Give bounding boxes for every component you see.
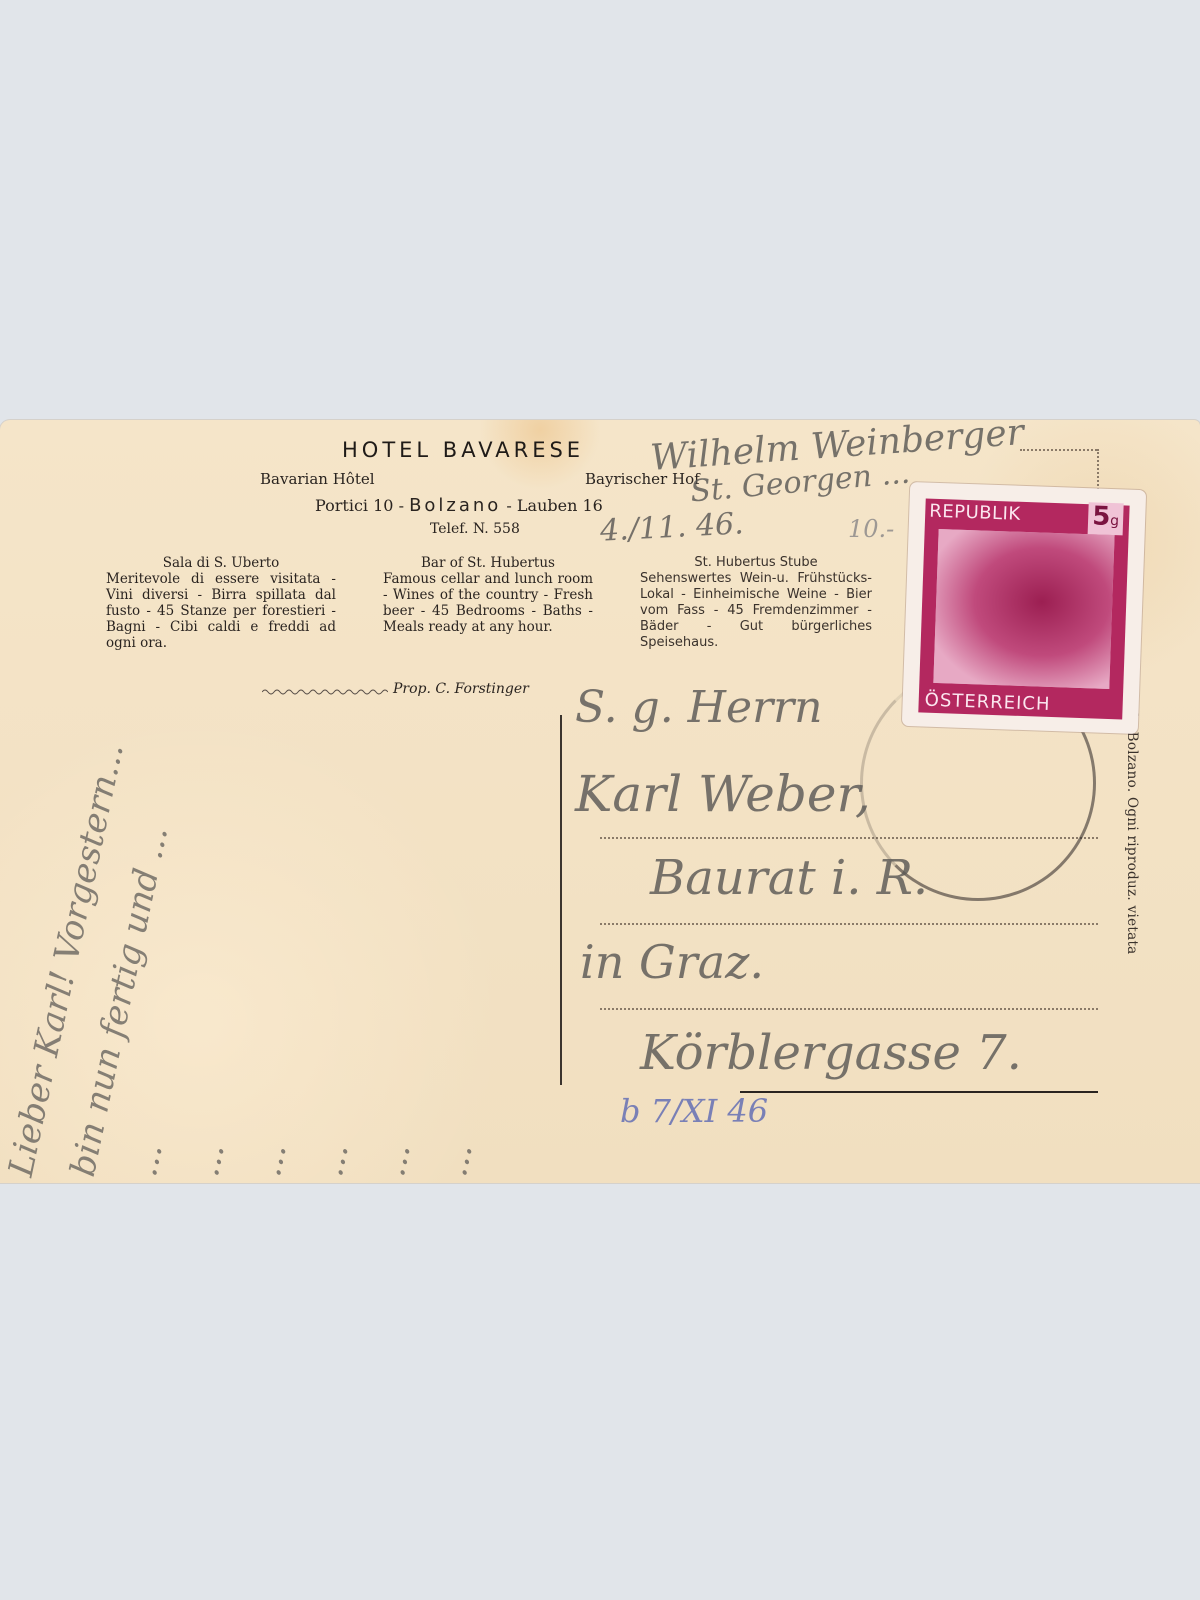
column-german: St. Hubertus Stube Sehenswertes Wein-u. … (640, 555, 872, 651)
column-heading: Sala di S. Uberto (106, 555, 336, 571)
recipient-street: Körblergasse 7. (640, 1025, 1022, 1081)
stamp-box-border (1020, 449, 1097, 451)
recipient-salutation: S. g. Herrn (575, 682, 823, 733)
column-english: Bar of St. Hubertus Famous cellar and lu… (383, 555, 593, 635)
address-german: Lauben 16 (517, 496, 603, 515)
column-italian: Sala di S. Uberto Meritevole di essere v… (106, 555, 336, 651)
stamp-frame: REPUBLIK 5g ÖSTERREICH (918, 499, 1129, 720)
address-line-2 (600, 923, 1098, 925)
address-city: Bolzano (409, 495, 501, 516)
hotel-subtitle-english: Bavarian Hôtel (260, 470, 375, 488)
letter-line: ... (311, 1140, 357, 1180)
proprietor: Prop. C. Forstinger (393, 681, 529, 697)
hotel-telephone: Telef. N. 558 (430, 521, 520, 537)
address-line-4 (740, 1091, 1098, 1093)
recipient-title: Baurat i. R. (650, 850, 928, 906)
stamp-value: 5g (1088, 502, 1124, 535)
stamp-country-top: REPUBLIK (929, 501, 1021, 525)
column-body: Sehenswertes Wein-u. Frühstücks-Lokal - … (640, 571, 872, 650)
hotel-address: Portici 10 - Bolzano - Lauben 16 (315, 495, 603, 516)
recipient-name: Karl Weber, (575, 765, 871, 823)
column-body: Meritevole di essere visitata - Vini div… (106, 571, 336, 651)
column-heading: St. Hubertus Stube (640, 555, 872, 571)
handwritten-price-note: 10.- (848, 515, 894, 543)
column-heading: Bar of St. Hubertus (383, 555, 593, 571)
wavy-divider (262, 688, 388, 696)
postage-stamp: REPUBLIK 5g ÖSTERREICH (906, 486, 1142, 730)
stamp-country-bottom: ÖSTERREICH (924, 690, 1050, 715)
letter-line: ... (435, 1140, 481, 1180)
postcard-back: HOTEL BAVARESE Bavarian Hôtel Bayrischer… (0, 420, 1200, 1183)
column-body: Famous cellar and lunch room - Wines of … (383, 571, 593, 635)
letter-line: ... (373, 1140, 419, 1180)
letter-line: ... (187, 1140, 233, 1180)
letter-line: ... (249, 1140, 295, 1180)
address-italian: Portici 10 (315, 496, 393, 515)
address-line-3 (600, 1008, 1098, 1010)
hotel-title: HOTEL BAVARESE (342, 438, 584, 462)
received-note: b 7/XI 46 (620, 1092, 768, 1130)
recipient-city: in Graz. (580, 935, 764, 989)
letter-line: ... (125, 1140, 171, 1180)
handwritten-date: 4./11. 46. (599, 506, 744, 548)
stamp-landscape-icon (933, 529, 1114, 689)
center-divider (560, 715, 562, 1085)
